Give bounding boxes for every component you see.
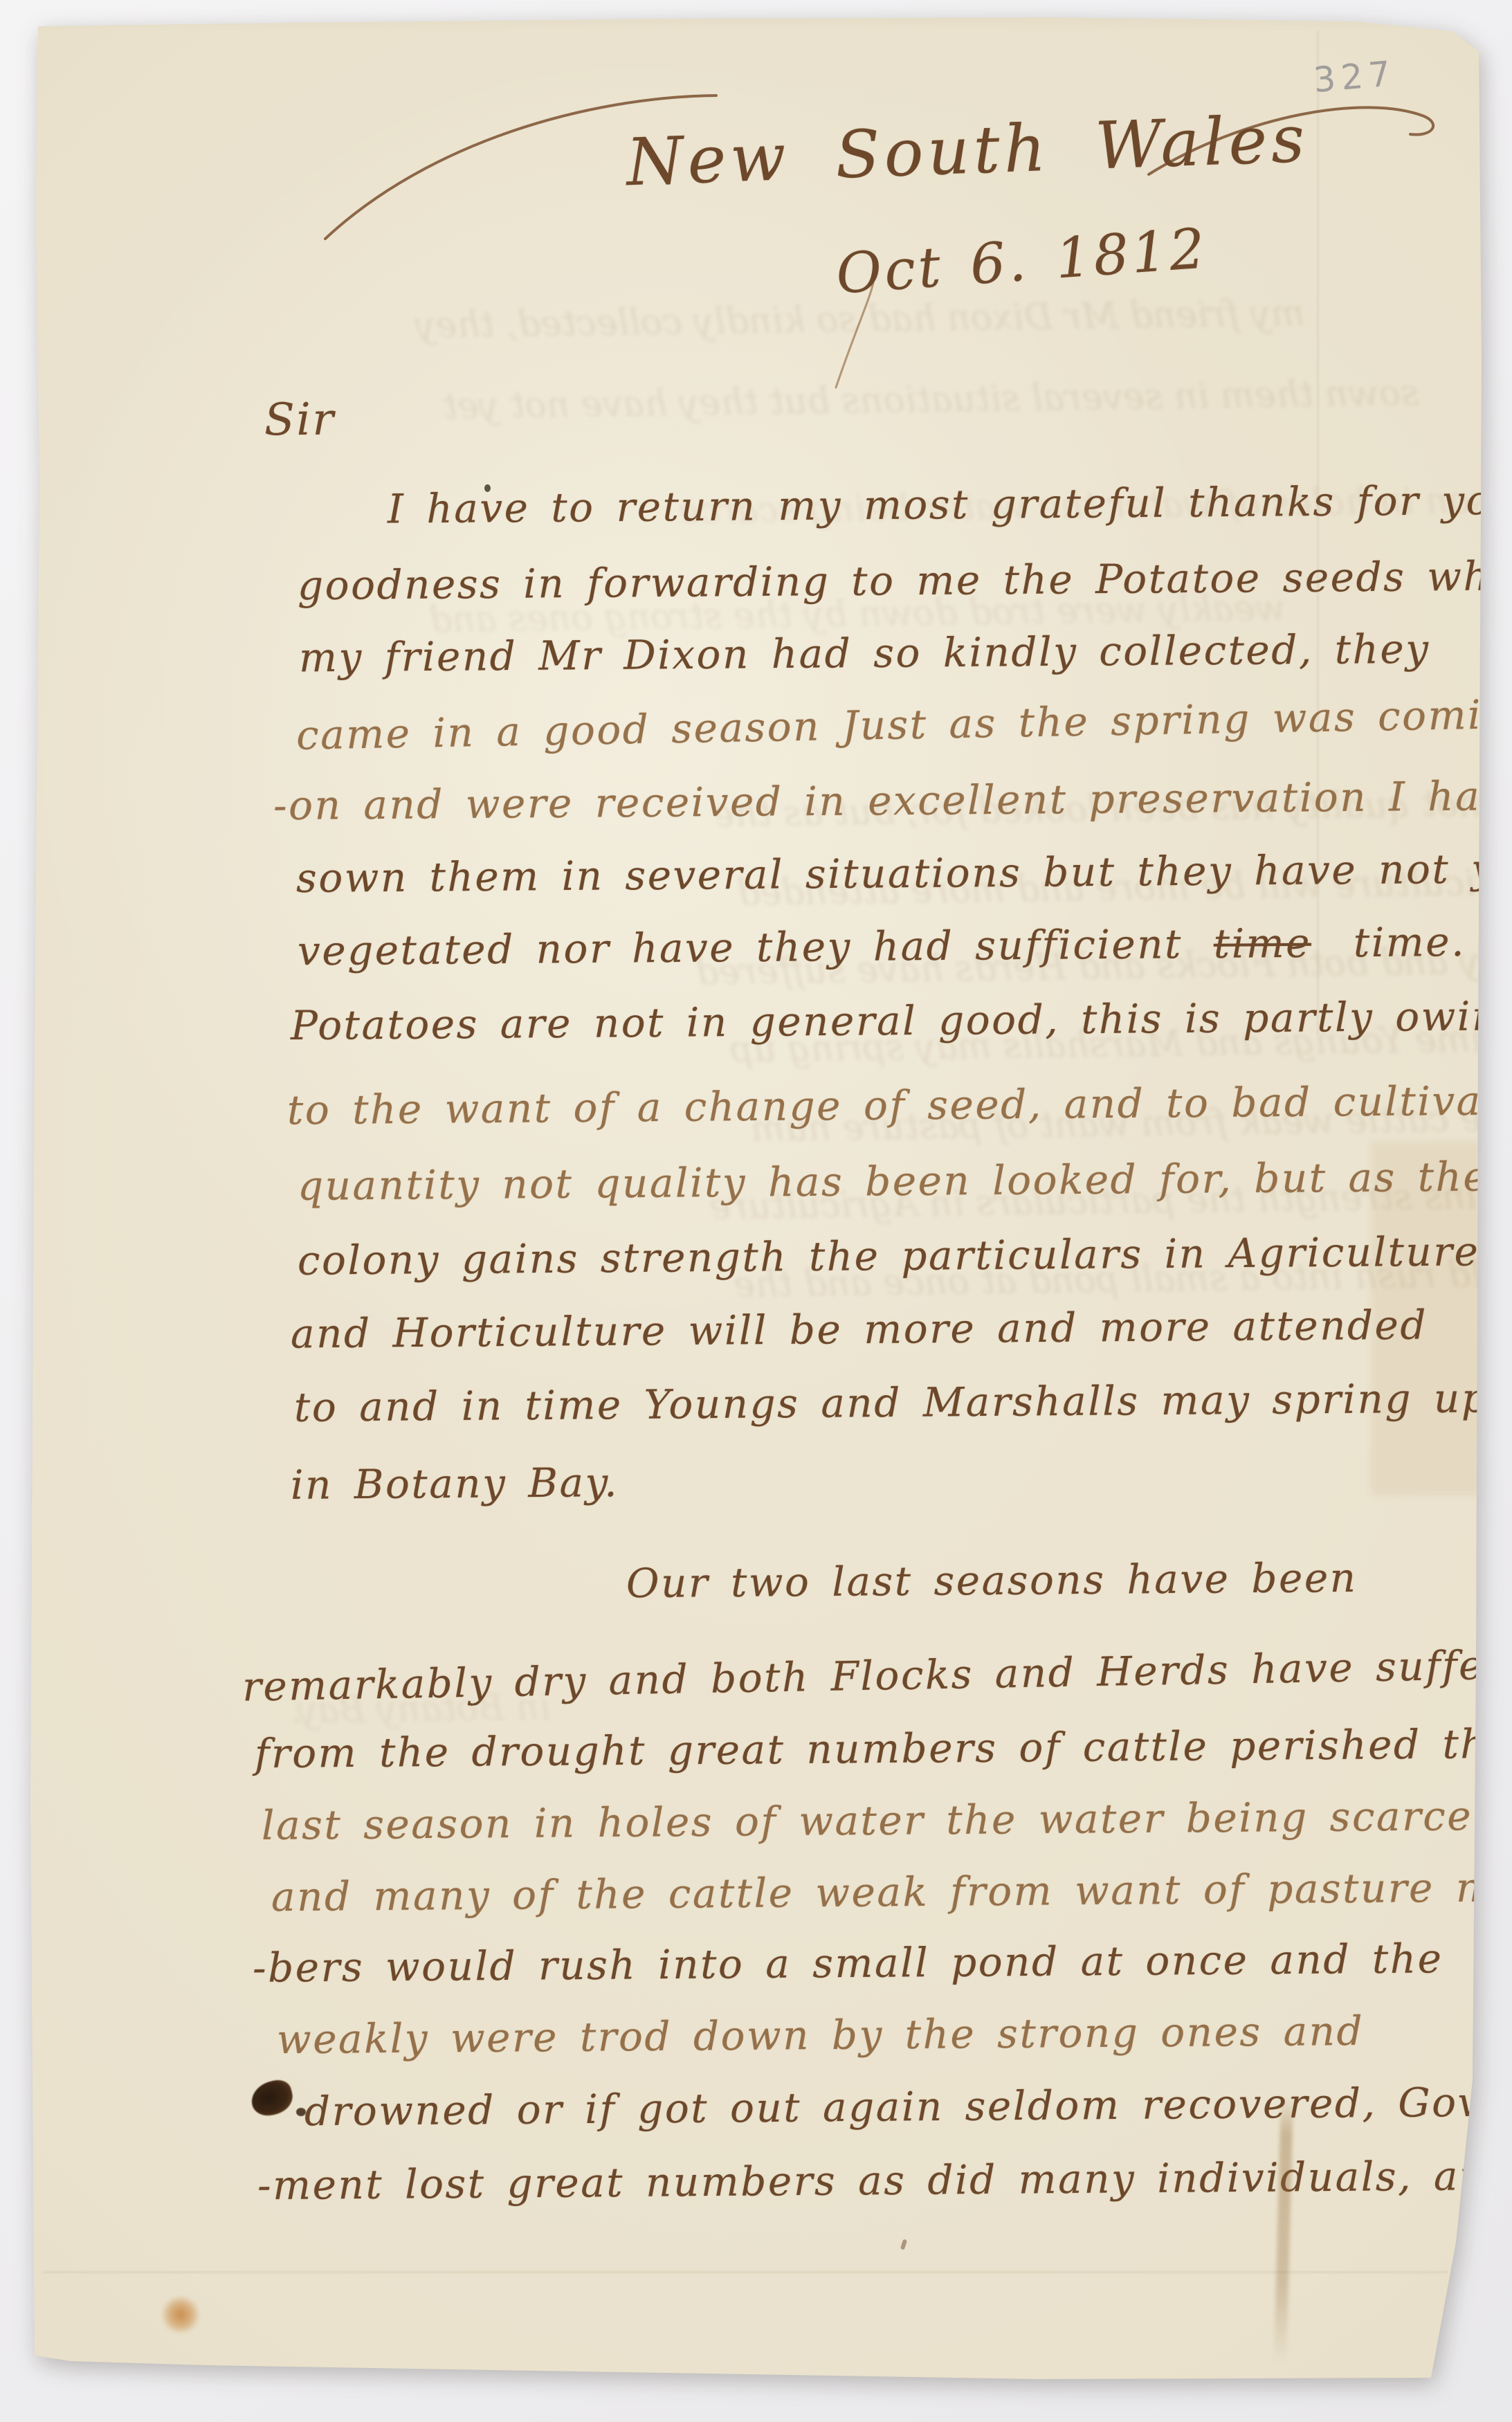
letter-line: last season in holes of water the water … <box>262 1796 1473 1846</box>
letter-page: my friend Mr Dixon had so kindly collect… <box>0 0 1512 2422</box>
letter-line: sown them in several situations but they… <box>296 848 1512 898</box>
letter-date: Oct 6. 1812 <box>835 221 1210 302</box>
ink-blot <box>248 2077 296 2119</box>
bleed-through-text: sown them in several situations but they… <box>443 372 1419 428</box>
paper-shadow-wrap: my friend Mr Dixon had so kindly collect… <box>0 0 1512 2422</box>
letter-line: colony gains strength the particulars in… <box>298 1231 1480 1280</box>
letter-line: drowned or if got out again seldom recov… <box>304 2082 1512 2131</box>
letter-line: -bers would rush into a small pond at on… <box>253 1938 1443 1988</box>
letter-line: Potatoes are not in general good, this i… <box>291 996 1512 1046</box>
ink-streak-stain <box>1274 2097 1293 2363</box>
ink-speck <box>900 2239 907 2250</box>
letter-line: and Horticulture will be more and more a… <box>291 1305 1428 1354</box>
letter-line: weakly were trod down by the strong ones… <box>277 2011 1365 2059</box>
letter-line: in Botany Bay. <box>291 1462 619 1505</box>
letter-line: my friend Mr Dixon had so kindly collect… <box>299 629 1430 678</box>
letter-line: to the want of a change of seed, and to … <box>287 1080 1512 1131</box>
line-text: time. Our <box>1354 918 1512 966</box>
letter-salutation: Sir <box>264 398 336 443</box>
horizontal-crease <box>43 2271 1448 2273</box>
letter-line: vegetated nor have they had sufficient t… <box>298 921 1512 971</box>
line-text: vegetated nor have they had sufficient <box>298 920 1183 974</box>
letter-line: came in a good season Just as the spring… <box>296 693 1512 755</box>
letter-line: -ment lost great numbers as did many ind… <box>257 2156 1512 2205</box>
foxing-stain <box>161 2296 201 2333</box>
letter-line: to and in time Youngs and Marshalls may … <box>294 1378 1489 1428</box>
ink-blot-satellite <box>296 2108 306 2116</box>
letter-line: from the drought great numbers of cattle… <box>255 1724 1512 1774</box>
scan-background: my friend Mr Dixon had so kindly collect… <box>0 0 1512 2422</box>
letter-line: quantity not quality has been looked for… <box>298 1156 1489 1206</box>
letter-line: -on and were received in excellent prese… <box>273 776 1512 826</box>
letter-line: and many of the cattle weak from want of… <box>271 1867 1512 1918</box>
letter-place: New South Wales <box>626 107 1310 196</box>
letter-line: goodness in forwarding to me the Potatoe… <box>298 556 1512 605</box>
letter-line: Our two last seasons have been <box>626 1558 1358 1603</box>
letter-line: remarkably dry and both Flocks and Herds… <box>242 1643 1512 1706</box>
ink-speck <box>484 484 491 492</box>
letter-line: I have to return my most grateful thanks… <box>388 480 1512 529</box>
archival-number: 327 <box>1312 53 1398 100</box>
struck-word: time <box>1214 920 1312 967</box>
